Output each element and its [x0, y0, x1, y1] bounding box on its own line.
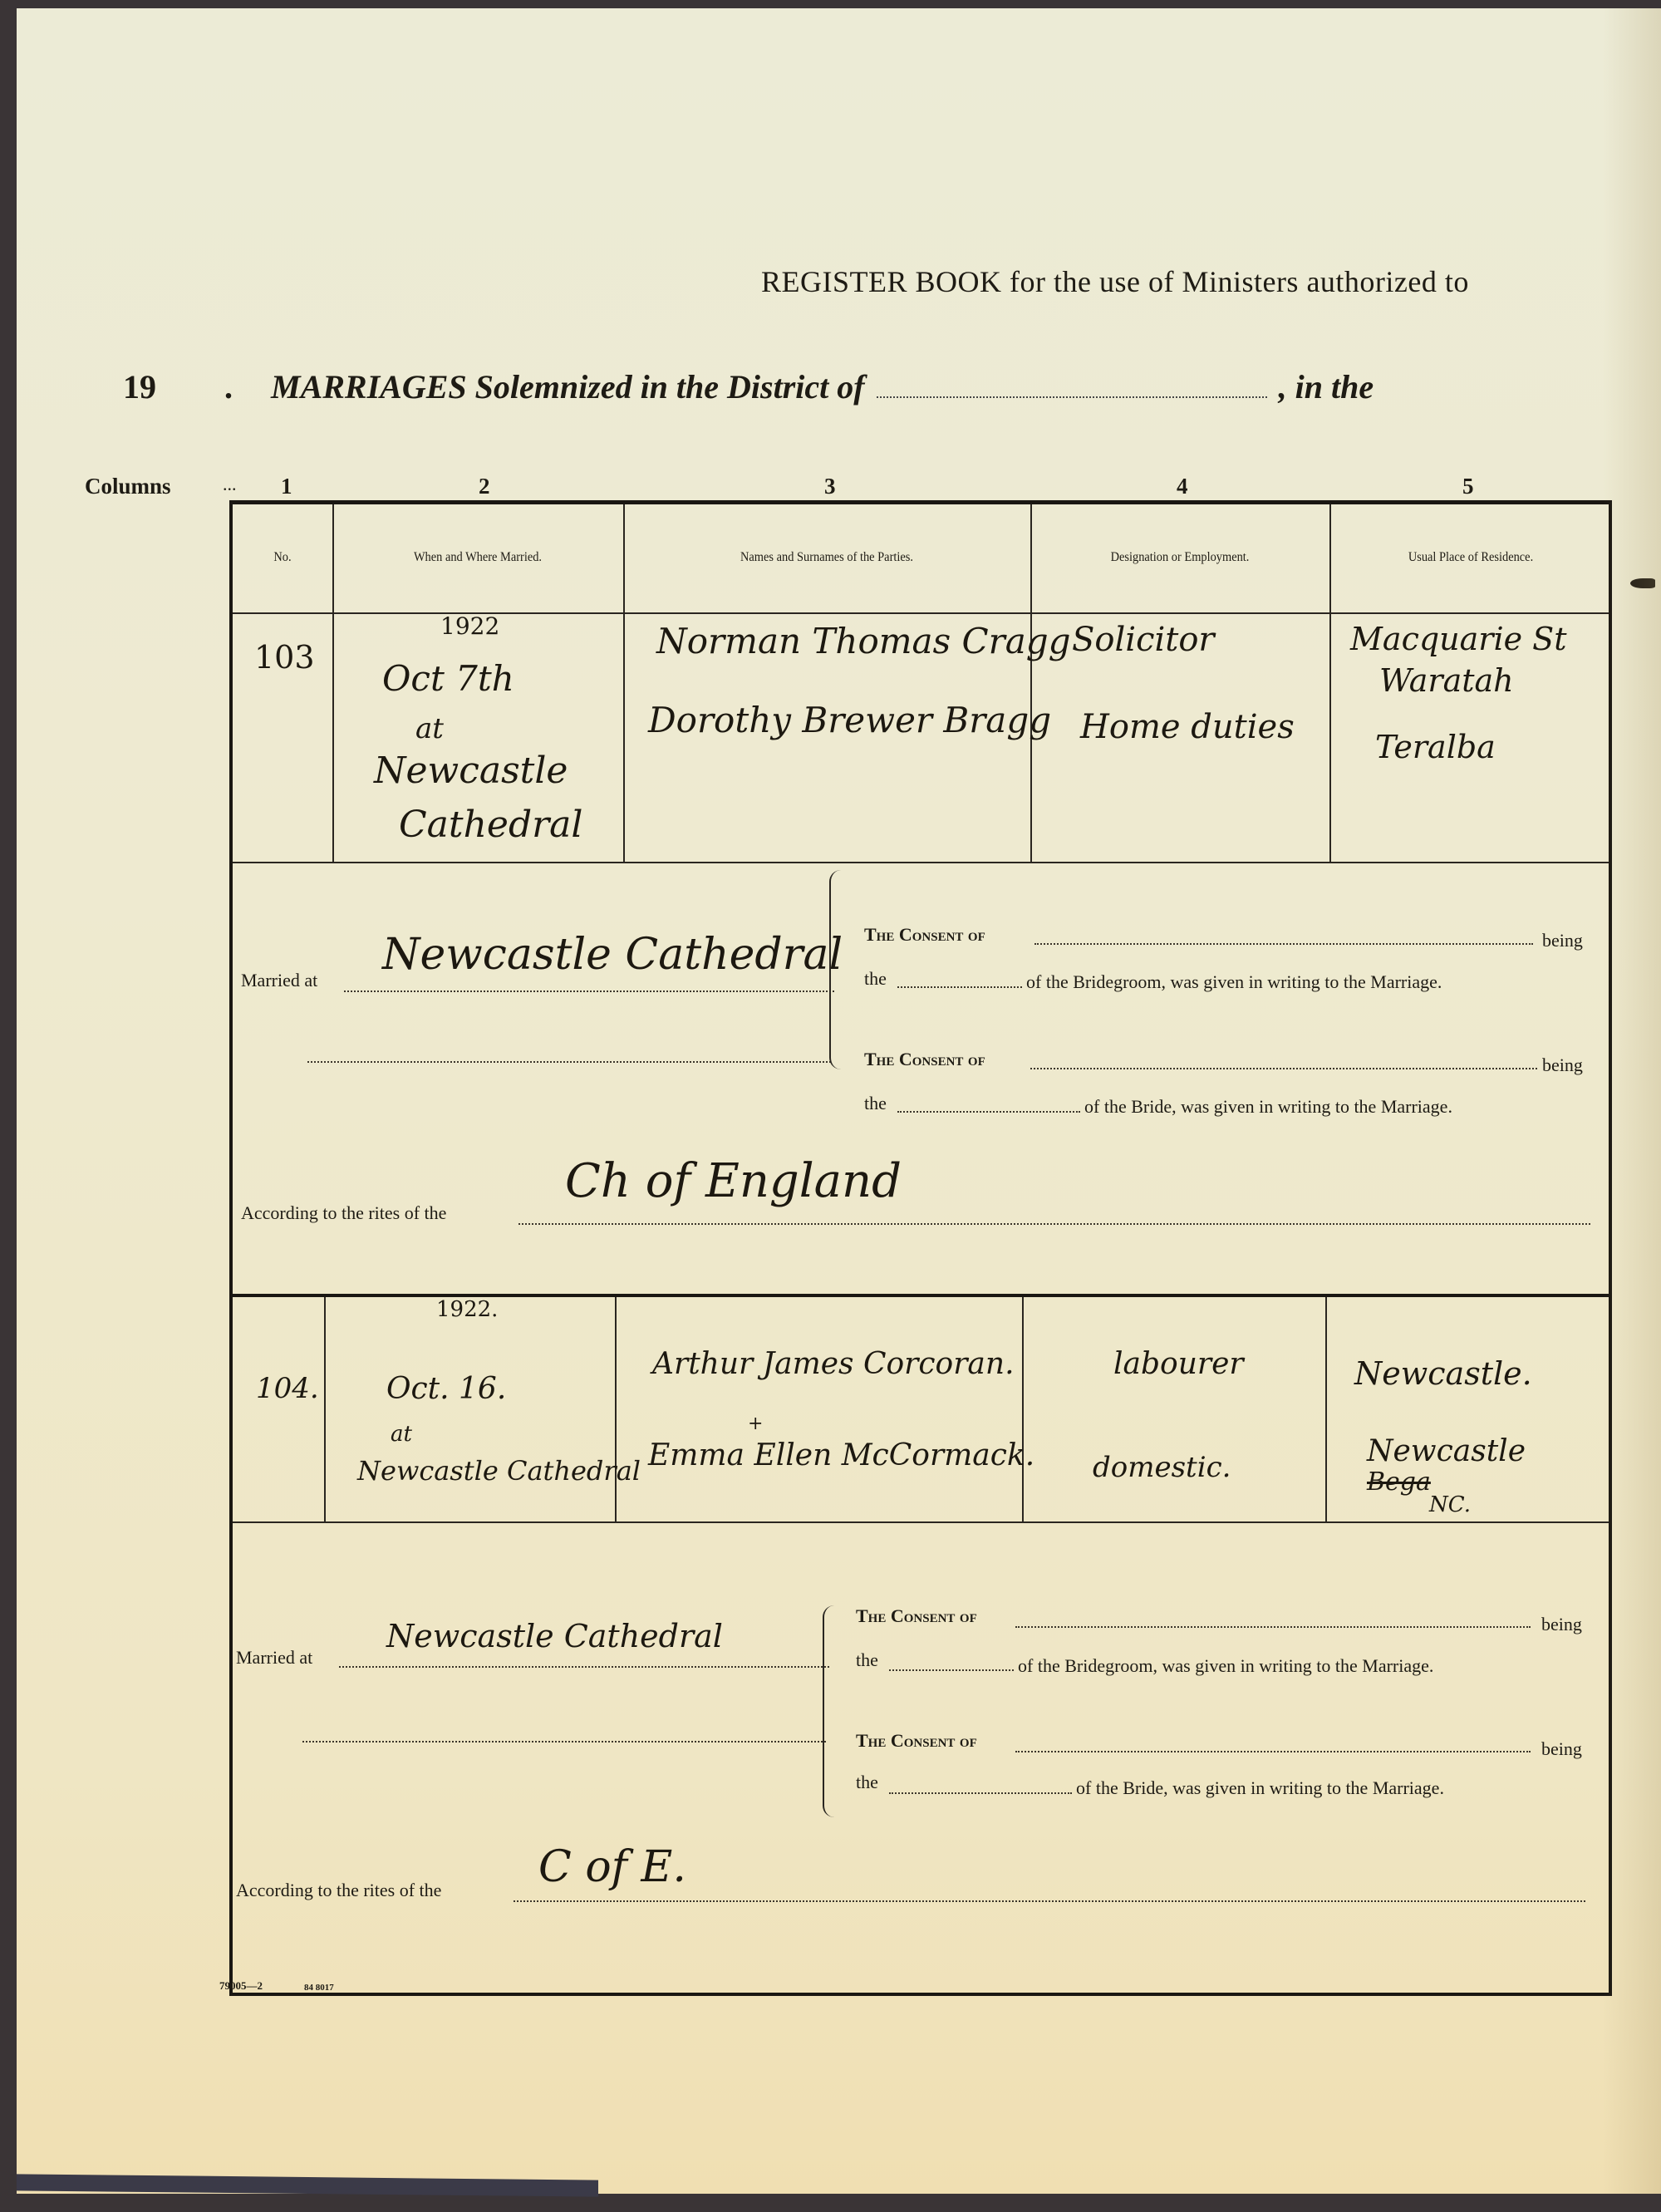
groom-occupation: Solicitor [1072, 621, 1215, 659]
bride-residence: Teralba [1375, 729, 1496, 765]
bride-consent-the: the [864, 1093, 887, 1114]
married-at-label: Married at [236, 1647, 312, 1669]
column-divider [324, 1297, 326, 1521]
groom-consent-label: The Consent of [864, 924, 985, 946]
column-divider [332, 504, 334, 612]
entry-row-103: 103 1922 Oct 7th at Newcastle Cathedral … [233, 612, 1609, 863]
column-number-3: 3 [824, 474, 836, 499]
register-book-heading: REGISTER BOOK for the use of Ministers a… [761, 264, 1469, 299]
column-number-1: 1 [281, 474, 292, 499]
bride-occupation: domestic. [1093, 1451, 1231, 1484]
and-mark: + [748, 1413, 763, 1434]
columns-dots: ... [223, 474, 237, 495]
marriage-register-form: No. When and Where Married. Names and Su… [229, 500, 1612, 1996]
entry-place-line1: Newcastle [374, 750, 568, 792]
groom-residence: Newcastle. [1354, 1355, 1532, 1392]
groom-consent-line [1034, 943, 1533, 945]
groom-consent-being: being [1542, 930, 1583, 951]
column-divider [623, 612, 625, 862]
consent-brace [823, 1605, 836, 1817]
column-divider [615, 1297, 617, 1521]
column-divider [1022, 1297, 1024, 1521]
column-header-names: Names and Surnames of the Parties. [644, 550, 1010, 565]
bride-residence-note: NC. [1429, 1492, 1471, 1517]
column-divider [1329, 612, 1331, 862]
entry-row-104: 104. 1922. Oct. 16. at Newcastle Cathedr… [233, 1297, 1609, 1523]
entry-date: Oct. 16. [386, 1372, 506, 1406]
register-page: REGISTER BOOK for the use of Ministers a… [17, 8, 1661, 2194]
entry-year: 1922 [440, 612, 499, 640]
married-at-line-2 [307, 1061, 831, 1063]
entry-date: Oct 7th [382, 658, 514, 699]
year-prefix: 19 [123, 368, 156, 406]
column-number-4: 4 [1177, 474, 1188, 499]
bride-consent-line [1015, 1751, 1531, 1752]
rites-line [518, 1223, 1590, 1225]
consent-brace [829, 870, 843, 1069]
column-header-no: No. [238, 550, 327, 565]
married-at-value: Newcastle Cathedral [386, 1618, 723, 1654]
column-divider [1325, 1297, 1327, 1521]
bride-consent-label: The Consent of [864, 1049, 985, 1070]
entry-place-line2: Cathedral [399, 804, 582, 846]
married-at-line [339, 1666, 829, 1668]
year-dot: . [224, 368, 233, 406]
groom-consent-being: being [1541, 1614, 1582, 1635]
bride-name: Emma Ellen McCormack. [648, 1438, 1034, 1472]
marriages-title: MARRIAGES Solemnized in the District of [271, 368, 865, 406]
groom-residence-street: Macquarie St [1350, 621, 1567, 657]
book-cover-edge [17, 2174, 598, 2196]
column-divider [1030, 504, 1032, 612]
married-at-line [344, 990, 834, 992]
entry-at: at [391, 1422, 412, 1447]
groom-consent-line [1015, 1626, 1531, 1628]
bride-residence: Newcastle [1367, 1434, 1526, 1468]
bride-consent-line [1030, 1068, 1537, 1069]
district-blank [877, 396, 1267, 398]
heading-suffix: , in the [1279, 368, 1374, 406]
column-header-when-where: When and Where Married. [347, 550, 609, 565]
groom-name: Norman Thomas Cragg [656, 621, 1071, 661]
groom-relation-line [897, 986, 1022, 988]
bride-consent-the: the [856, 1772, 878, 1793]
rites-value: Ch of England [565, 1154, 902, 1208]
column-number-2: 2 [479, 474, 490, 499]
column-divider [332, 612, 334, 862]
column-header-designation: Designation or Employment. [1045, 550, 1315, 565]
entry-year: 1922. [436, 1297, 498, 1322]
married-at-label: Married at [241, 970, 317, 991]
groom-relation-line [889, 1669, 1014, 1671]
bride-relation-line [889, 1792, 1072, 1794]
rites-line [514, 1900, 1585, 1902]
bride-consent-being: being [1541, 1738, 1582, 1760]
entry-number: 104. [256, 1372, 319, 1405]
column-header-residence: Usual Place of Residence. [1344, 550, 1598, 565]
entry-at: at [415, 712, 444, 745]
form-code: 79005—2 [219, 1979, 263, 1993]
entry-number: 103 [254, 639, 315, 676]
column-header-row: No. When and Where Married. Names and Su… [233, 504, 1609, 614]
groom-consent-the: the [864, 968, 887, 990]
bride-name: Dorothy Brewer Bragg [648, 700, 1051, 740]
groom-residence-suburb: Waratah [1379, 662, 1514, 699]
groom-consent-clause: of the Bridegroom, was given in writing … [1026, 971, 1442, 993]
print-code: 84 8017 [304, 1983, 334, 1993]
bride-consent-clause: of the Bride, was given in writing to th… [1084, 1096, 1452, 1118]
bride-consent-clause: of the Bride, was given in writing to th… [1076, 1777, 1444, 1799]
groom-name: Arthur James Corcoran. [652, 1347, 1015, 1381]
groom-consent-clause: of the Bridegroom, was given in writing … [1018, 1655, 1433, 1677]
groom-consent-the: the [856, 1649, 878, 1671]
bride-residence-struck: Bega [1367, 1467, 1431, 1497]
rites-value: C of E. [538, 1842, 686, 1892]
columns-label: Columns [85, 474, 171, 499]
column-divider [623, 504, 625, 612]
bride-occupation: Home duties [1080, 708, 1295, 746]
married-at-line-2 [302, 1741, 826, 1743]
bride-relation-line [897, 1111, 1080, 1113]
rites-label: According to the rites of the [236, 1880, 441, 1901]
groom-consent-label: The Consent of [856, 1605, 977, 1627]
bride-consent-being: being [1542, 1054, 1583, 1076]
marriages-heading: 19 . MARRIAGES Solemnized in the Distric… [123, 367, 1374, 406]
ink-blot [1630, 578, 1655, 588]
bride-consent-label: The Consent of [856, 1730, 977, 1752]
column-divider [1329, 504, 1331, 612]
entry-place: Newcastle Cathedral [357, 1455, 641, 1487]
married-at-value: Newcastle Cathedral [382, 930, 843, 980]
column-number-5: 5 [1462, 474, 1474, 499]
rites-label: According to the rites of the [241, 1202, 446, 1224]
groom-occupation: labourer [1113, 1347, 1244, 1381]
